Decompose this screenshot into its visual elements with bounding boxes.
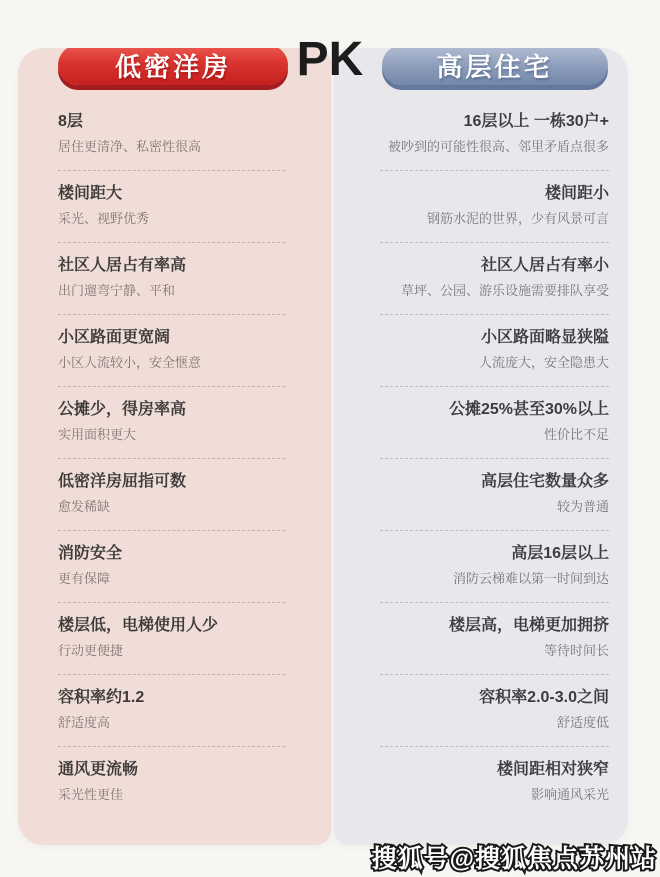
comparison-row: 楼间距相对狭窄影响通风采光	[380, 747, 609, 818]
pk-label: PK	[297, 36, 364, 84]
comparison-row: 社区人居占有率小草坪、公园、游乐设施需要排队享受	[380, 243, 609, 315]
row-subtitle: 愈发稀缺	[58, 497, 285, 517]
row-title: 社区人居占有率高	[58, 253, 285, 278]
row-title: 小区路面更宽阔	[58, 325, 285, 350]
row-subtitle: 出门遛弯宁静、平和	[58, 281, 285, 301]
row-title: 公摊25%甚至30%以上	[380, 397, 609, 422]
comparison-row: 楼间距小钢筋水泥的世界，少有风景可言	[380, 171, 609, 243]
row-title: 楼层低，电梯使用人少	[58, 613, 285, 638]
row-title: 通风更流畅	[58, 757, 285, 782]
right-header-label: 高层住宅	[436, 48, 552, 84]
comparison-row: 楼间距大采光、视野优秀	[58, 171, 285, 243]
row-title: 高层16层以上	[380, 541, 609, 566]
row-subtitle: 人流庞大，安全隐患大	[380, 353, 609, 373]
comparison-row: 公摊少，得房率高实用面积更大	[58, 387, 285, 459]
row-subtitle: 等待时间长	[380, 641, 609, 661]
right-rows: 16层以上 一栋30户+被吵到的可能性很高、邻里矛盾点很多楼间距小钢筋水泥的世界…	[380, 99, 609, 818]
row-title: 公摊少，得房率高	[58, 397, 285, 422]
row-subtitle: 采光、视野优秀	[58, 209, 285, 229]
row-title: 低密洋房屈指可数	[58, 469, 285, 494]
row-title: 楼间距相对狭窄	[380, 757, 609, 782]
row-title: 楼层高，电梯更加拥挤	[380, 613, 609, 638]
row-title: 容积率2.0-3.0之间	[380, 685, 609, 710]
comparison-row: 社区人居占有率高出门遛弯宁静、平和	[58, 243, 285, 315]
row-subtitle: 性价比不足	[380, 425, 609, 445]
left-header-pill: 低密洋房	[58, 48, 288, 85]
row-subtitle: 更有保障	[58, 569, 285, 589]
row-title: 容积率约1.2	[58, 685, 285, 710]
row-title: 小区路面略显狭隘	[380, 325, 609, 350]
comparison-row: 公摊25%甚至30%以上性价比不足	[380, 387, 609, 459]
row-subtitle: 被吵到的可能性很高、邻里矛盾点很多	[380, 137, 609, 157]
row-title: 16层以上 一栋30户+	[380, 109, 609, 134]
comparison-row: 16层以上 一栋30户+被吵到的可能性很高、邻里矛盾点很多	[380, 99, 609, 171]
row-title: 社区人居占有率小	[380, 253, 609, 278]
row-subtitle: 较为普通	[380, 497, 609, 517]
right-panel: 高层住宅 16层以上 一栋30户+被吵到的可能性很高、邻里矛盾点很多楼间距小钢筋…	[334, 48, 628, 845]
left-panel: 低密洋房 8层居住更清净、私密性很高楼间距大采光、视野优秀社区人居占有率高出门遛…	[18, 48, 331, 845]
comparison-row: 楼层高，电梯更加拥挤等待时间长	[380, 603, 609, 675]
row-subtitle: 小区人流较小，安全惬意	[58, 353, 285, 373]
comparison-infographic: 低密洋房 8层居住更清净、私密性很高楼间距大采光、视野优秀社区人居占有率高出门遛…	[0, 0, 660, 877]
comparison-row: 容积率约1.2舒适度高	[58, 675, 285, 747]
left-header-label: 低密洋房	[115, 48, 231, 84]
comparison-row: 小区路面略显狭隘人流庞大，安全隐患大	[380, 315, 609, 387]
left-rows: 8层居住更清净、私密性很高楼间距大采光、视野优秀社区人居占有率高出门遛弯宁静、平…	[58, 99, 285, 818]
right-header-pill: 高层住宅	[382, 48, 608, 85]
watermark: 搜狐号@搜狐焦点苏州站	[372, 839, 657, 875]
comparison-row: 高层16层以上消防云梯难以第一时间到达	[380, 531, 609, 603]
row-subtitle: 舒适度高	[58, 713, 285, 733]
row-title: 消防安全	[58, 541, 285, 566]
row-title: 高层住宅数量众多	[380, 469, 609, 494]
row-subtitle: 消防云梯难以第一时间到达	[380, 569, 609, 589]
row-title: 楼间距大	[58, 181, 285, 206]
comparison-row: 小区路面更宽阔小区人流较小，安全惬意	[58, 315, 285, 387]
row-title: 8层	[58, 109, 285, 134]
comparison-row: 容积率2.0-3.0之间舒适度低	[380, 675, 609, 747]
row-subtitle: 实用面积更大	[58, 425, 285, 445]
comparison-row: 通风更流畅采光性更佳	[58, 747, 285, 818]
row-subtitle: 居住更清净、私密性很高	[58, 137, 285, 157]
row-subtitle: 采光性更佳	[58, 785, 285, 805]
row-subtitle: 舒适度低	[380, 713, 609, 733]
comparison-row: 消防安全更有保障	[58, 531, 285, 603]
row-subtitle: 草坪、公园、游乐设施需要排队享受	[380, 281, 609, 301]
row-title: 楼间距小	[380, 181, 609, 206]
comparison-row: 8层居住更清净、私密性很高	[58, 99, 285, 171]
row-subtitle: 钢筋水泥的世界，少有风景可言	[380, 209, 609, 229]
comparison-row: 楼层低，电梯使用人少行动更便捷	[58, 603, 285, 675]
row-subtitle: 行动更便捷	[58, 641, 285, 661]
comparison-row: 高层住宅数量众多较为普通	[380, 459, 609, 531]
comparison-row: 低密洋房屈指可数愈发稀缺	[58, 459, 285, 531]
row-subtitle: 影响通风采光	[380, 785, 609, 805]
